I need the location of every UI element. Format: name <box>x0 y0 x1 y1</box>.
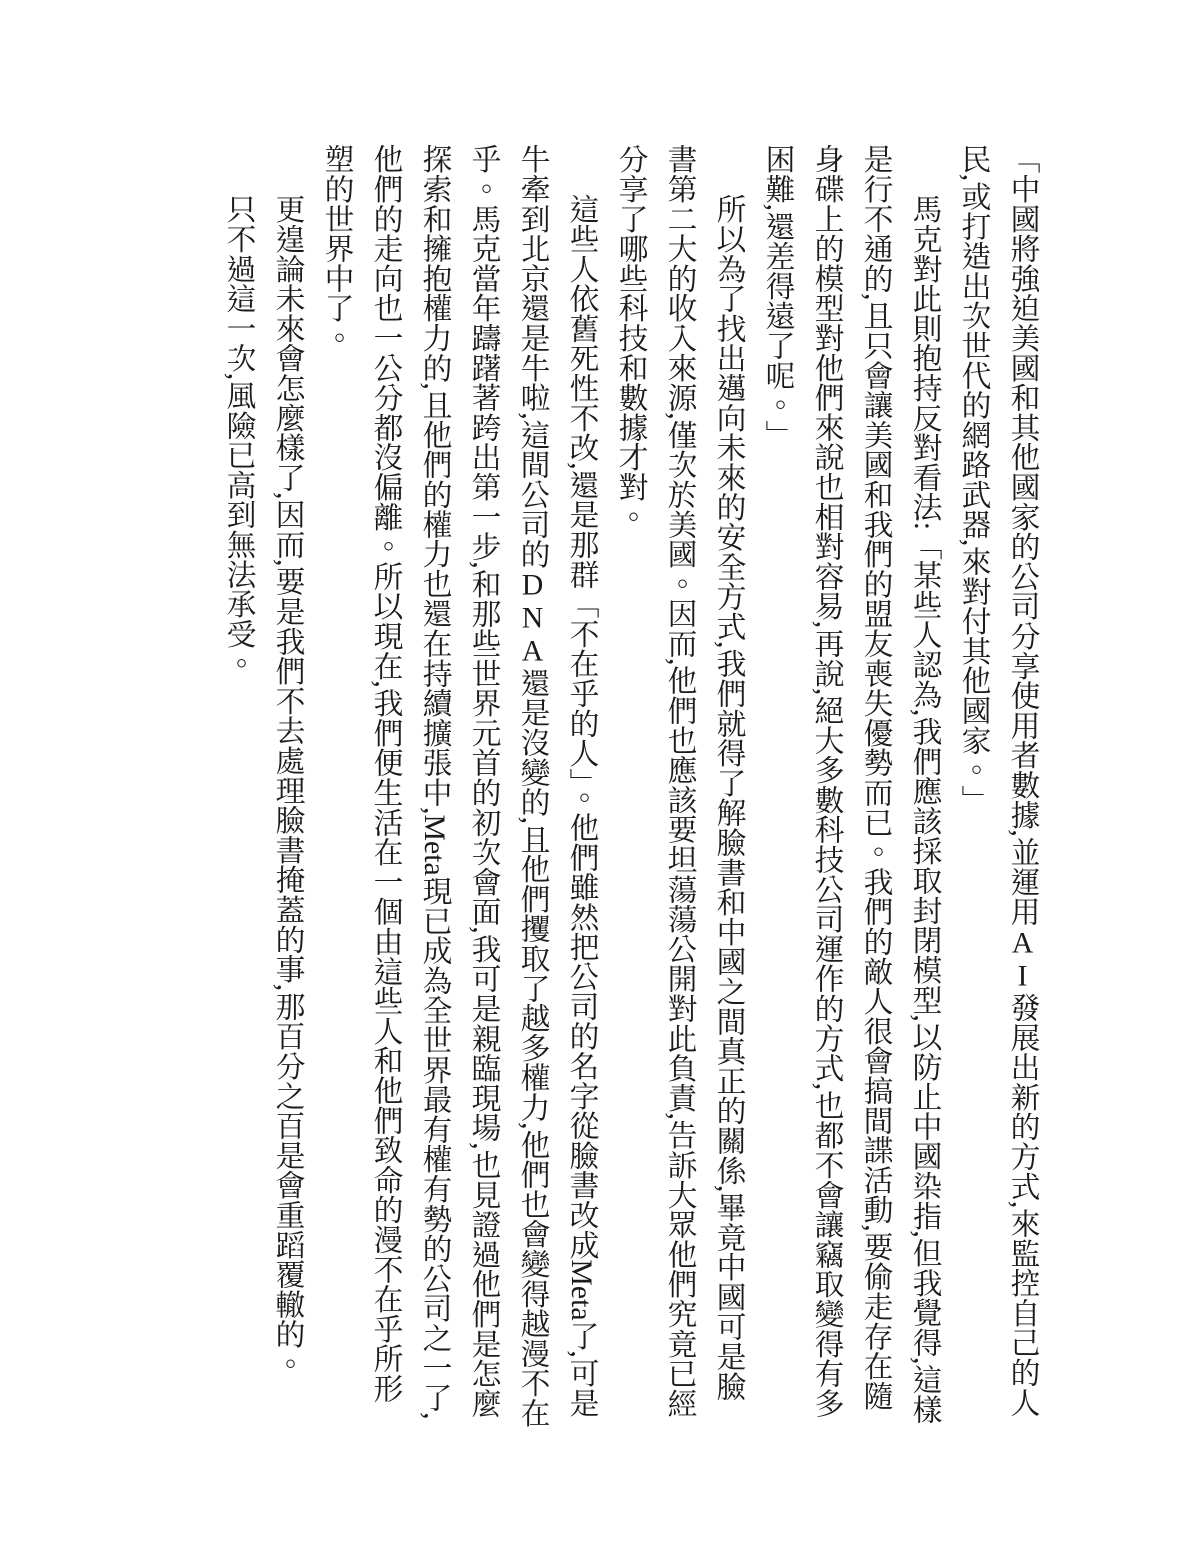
latin-acronym: AI <box>1006 926 1039 992</box>
paragraph: 所以為了找出邁向未來的安全方式,我們就得了解臉書和中國之間真正的關係,畢竟中國可… <box>606 144 753 1428</box>
vertical-text-block: 「中國將強迫美國和其他國家的公司分享使用者數據,並運用AI發展出新的方式,來監控… <box>214 144 1047 1428</box>
latin-acronym: DNA <box>516 569 549 668</box>
latin-word: Meta <box>418 815 451 876</box>
book-page: 「中國將強迫美國和其他國家的公司分享使用者數據,並運用AI發展出新的方式,來監控… <box>0 0 1200 1553</box>
paragraph: 更遑論未來會怎麼樣了,因而,要是我們不去處理臉書掩蓋的事,那百分之百是會重蹈覆轍… <box>263 144 312 1428</box>
paragraph: 「中國將強迫美國和其他國家的公司分享使用者數據,並運用AI發展出新的方式,來監控… <box>949 144 1047 1428</box>
paragraph: 馬克對此則抱持反對看法:「某些人認為,我們應該採取封閉模型,以防止中國染指,但我… <box>753 144 949 1428</box>
paragraph: 只不過這一次,風險已高到無法承受。 <box>214 144 263 1428</box>
paragraph: 這些人依舊死性不改,還是那群「不在乎的人」。他們雖然把公司的名字從臉書改成Met… <box>312 144 606 1428</box>
latin-word: Meta <box>565 1259 598 1320</box>
